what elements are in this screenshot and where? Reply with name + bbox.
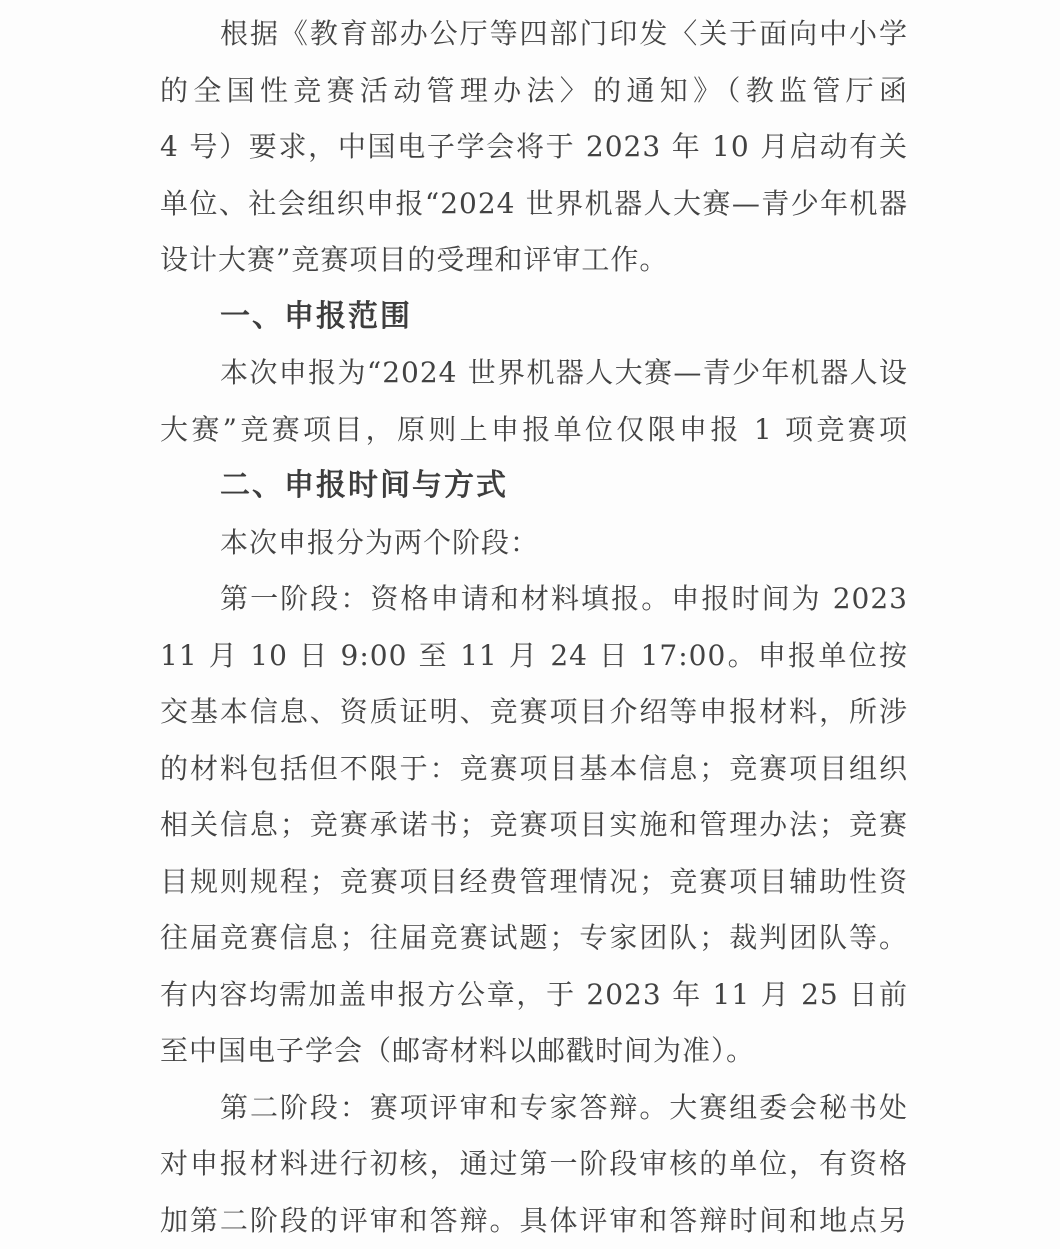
body-line: 至中国电子学会（邮寄材料以邮戳时间为准）。: [160, 1023, 908, 1080]
body-line: 交基本信息、资质证明、竞赛项目介绍等申报材料，所涉及: [160, 684, 908, 741]
body-line: 本次申报分为两个阶段：: [160, 515, 908, 572]
body-line: 11 月 10 日 9:00 至 11 月 24 日 17:00。申报单位按照要…: [160, 628, 908, 685]
body-line: 目规则规程；竞赛项目经费管理情况；竞赛项目辅助性资源；: [160, 854, 908, 911]
body-line: 加第二阶段的评审和答辩。具体评审和答辩时间和地点另行: [160, 1193, 908, 1249]
body-line: 的全国性竞赛活动管理办法〉的通知》（教监管厅函〔2022〕: [160, 63, 908, 120]
body-line: 设计大赛”竞赛项目的受理和评审工作。: [160, 232, 908, 289]
heading-section-1: 一、申报范围: [160, 289, 908, 346]
body-line: 有内容均需加盖申报方公章，于 2023 年 11 月 25 日前邮寄: [160, 967, 908, 1024]
body-line: 单位、社会组织申报“2024 世界机器人大赛—青少年机器人: [160, 176, 908, 233]
body-line: 本次申报为“2024 世界机器人大赛—青少年机器人设计: [160, 345, 908, 402]
body-line: 第一阶段：资格申请和材料填报。申报时间为 2023 年: [160, 571, 908, 628]
body-line: 往届竞赛信息；往届竞赛试题；专家团队；裁判团队等。所: [160, 910, 908, 967]
document-page: 根据《教育部办公厅等四部门印发〈关于面向中小学生 的全国性竞赛活动管理办法〉的通…: [0, 0, 1060, 1249]
body-line: 大赛”竞赛项目，原则上申报单位仅限申报 1 项竞赛项目。: [160, 402, 908, 459]
body-line: 4 号）要求，中国电子学会将于 2023 年 10 月启动有关部门、: [160, 119, 908, 176]
body-line: 根据《教育部办公厅等四部门印发〈关于面向中小学生: [160, 6, 908, 63]
heading-section-2: 二、申报时间与方式: [160, 458, 908, 515]
body-line: 的材料包括但不限于：竞赛项目基本信息；竞赛项目组织方: [160, 741, 908, 798]
body-line: 相关信息；竞赛承诺书；竞赛项目实施和管理办法；竞赛项: [160, 797, 908, 854]
body-line: 对申报材料进行初核，通过第一阶段审核的单位，有资格参: [160, 1136, 908, 1193]
body-line: 第二阶段：赛项评审和专家答辩。大赛组委会秘书处将: [160, 1080, 908, 1137]
